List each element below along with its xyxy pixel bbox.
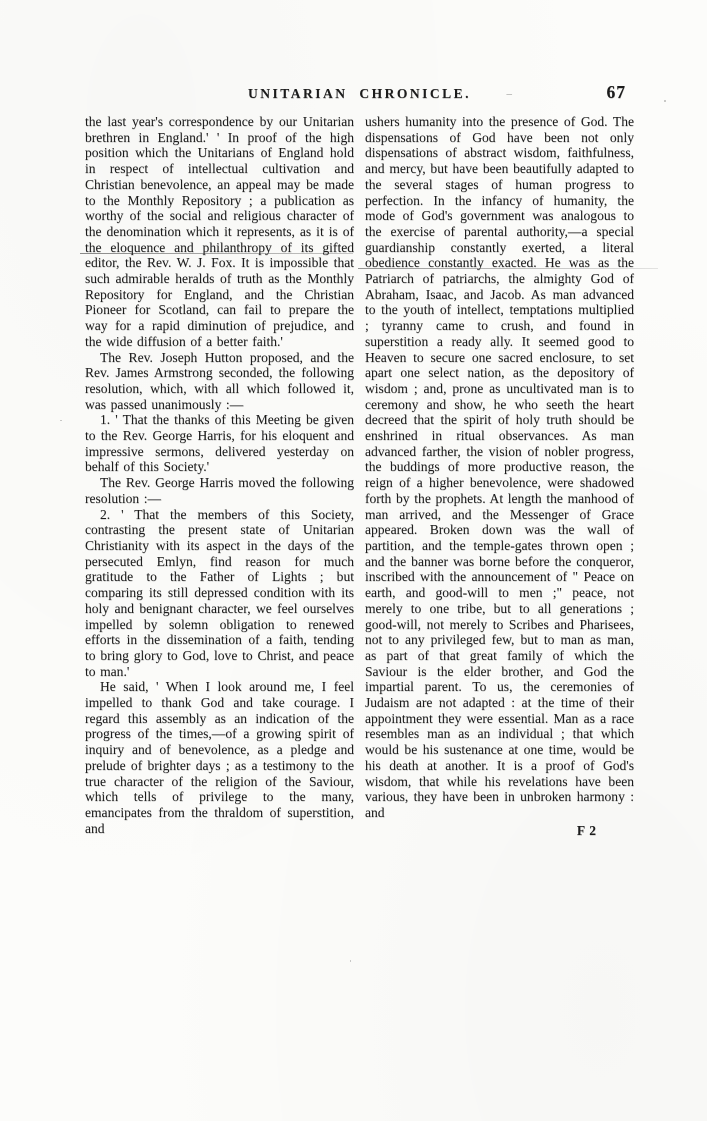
signature-mark: F 2 xyxy=(365,823,634,839)
resolution-item: 2. ' That the members of this Society, c… xyxy=(85,507,354,680)
page-number: 67 xyxy=(607,82,627,103)
resolution-item: 1. ' That the thanks of this Meeting be … xyxy=(85,412,354,475)
scan-speck xyxy=(60,420,62,421)
scan-dash-mark: – xyxy=(507,88,513,100)
text-columns: the last year's correspondence by our Un… xyxy=(85,114,634,838)
paragraph: ushers humanity into the presence of God… xyxy=(365,114,634,821)
paragraph: The Rev. George Harris moved the followi… xyxy=(85,475,354,506)
page-title: UNITARIAN CHRONICLE. xyxy=(85,86,634,102)
running-head: UNITARIAN CHRONICLE. – 67 xyxy=(85,86,634,108)
left-column: the last year's correspondence by our Un… xyxy=(85,114,354,838)
scan-speck xyxy=(664,100,666,102)
scan-speck xyxy=(350,960,351,962)
scanned-book-page: UNITARIAN CHRONICLE. – 67 the last year'… xyxy=(0,0,707,1121)
right-column: ushers humanity into the presence of God… xyxy=(365,114,634,838)
paragraph: the last year's correspondence by our Un… xyxy=(85,114,354,350)
paragraph: He said, ' When I look around me, I feel… xyxy=(85,679,354,836)
paragraph: The Rev. Joseph Hutton proposed, and the… xyxy=(85,350,354,413)
